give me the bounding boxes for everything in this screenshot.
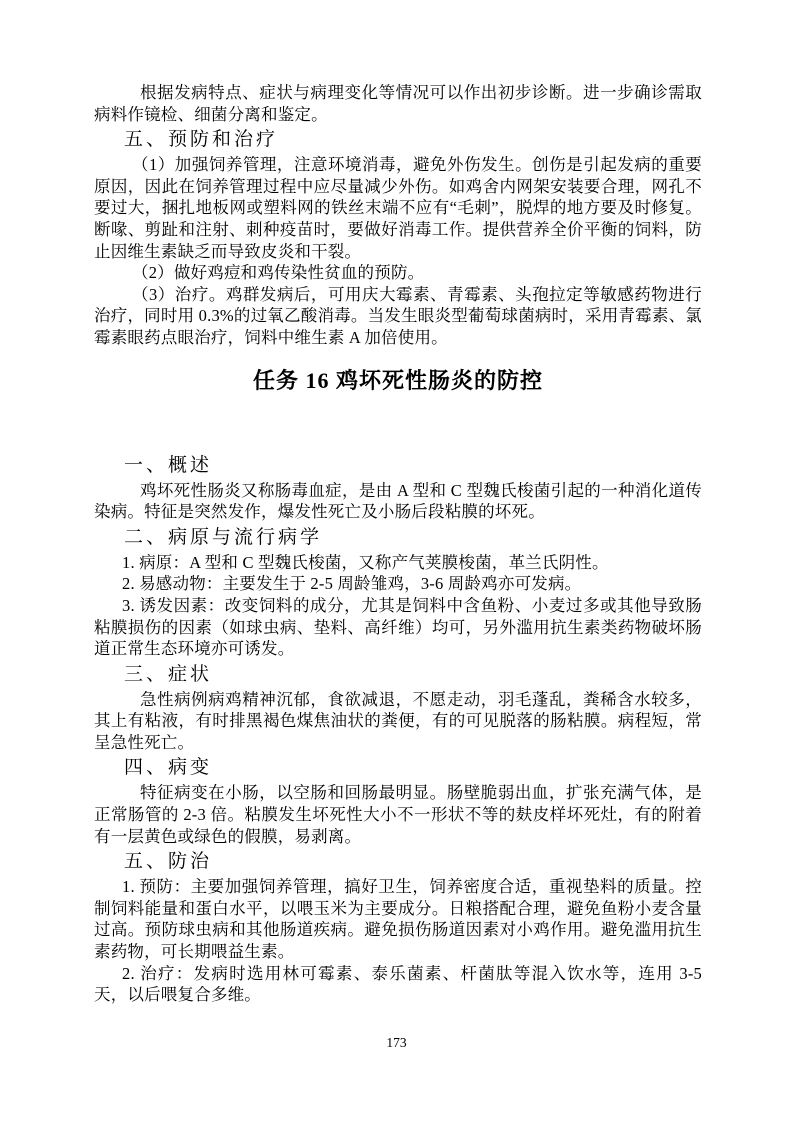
- text-content: 根据发病特点、症状与病理变化等情况可以作出初步诊断。进一步确诊需取病料作镜检、细…: [94, 82, 702, 1006]
- section-heading-pathogen-epidemiology: 二、病原与流行病学: [94, 524, 702, 551]
- paragraph-item-2-pox-anemia-prevention: （2）做好鸡痘和鸡传染性贫血的预防。: [94, 262, 702, 284]
- paragraph-lesions: 特征病变在小肠，以空肠和回肠最明显。肠壁脆弱出血，扩张充满气体，是正常肠管的 2…: [94, 782, 702, 847]
- section-heading-overview: 一、概述: [94, 452, 702, 479]
- paragraph-symptoms: 急性病例病鸡精神沉郁，食欲减退，不愿走动，羽毛蓬乱，粪稀含水较多，其上有粘液，有…: [94, 689, 702, 754]
- page-number: 173: [0, 1034, 793, 1052]
- paragraph-susceptible-animals: 2. 易感动物：主要发生于 2-5 周龄雏鸡，3-6 周龄鸡亦可发病。: [94, 573, 702, 595]
- section-heading-prevention-control: 五、防治: [94, 848, 702, 875]
- section-heading-lesions: 四、病变: [94, 754, 702, 781]
- paragraph-predisposing-factors: 3. 诱发因素：改变饲料的成分，尤其是饲料中含鱼粉、小麦过多或其他导致肠粘膜损伤…: [94, 595, 702, 660]
- section-heading-prevention-and-treatment: 五、预防和治疗: [94, 126, 702, 153]
- paragraph-item-1-management: （1）加强饲养管理，注意环境消毒，避免外伤发生。创伤是引起发病的重要原因，因此在…: [94, 154, 702, 262]
- paragraph-pathogen: 1. 病原：A 型和 C 型魏氏梭菌，又称产气荚膜梭菌，革兰氏阴性。: [94, 552, 702, 574]
- chapter-title-task-16: 任务 16 鸡坏死性肠炎的防控: [94, 368, 702, 394]
- paragraph-overview: 鸡坏死性肠炎又称肠毒血症，是由 A 型和 C 型魏氏梭菌引起的一种消化道传染病。…: [94, 480, 702, 523]
- paragraph-prevention: 1. 预防：主要加强饲养管理，搞好卫生，饲养密度合适，重视垫料的质量。控制饲料能…: [94, 876, 702, 962]
- section-heading-symptoms: 三、症状: [94, 661, 702, 688]
- paragraph-treatment: 2. 治疗：发病时选用林可霉素、泰乐菌素、杆菌肽等混入饮水等，连用 3-5 天，…: [94, 963, 702, 1006]
- paragraph-diagnosis: 根据发病特点、症状与病理变化等情况可以作出初步诊断。进一步确诊需取病料作镜检、细…: [94, 82, 702, 125]
- document-page: 根据发病特点、症状与病理变化等情况可以作出初步诊断。进一步确诊需取病料作镜检、细…: [0, 0, 793, 1122]
- paragraph-item-3-treatment: （3）治疗。鸡群发病后，可用庆大霉素、青霉素、头孢拉定等敏感药物进行治疗，同时用…: [94, 284, 702, 349]
